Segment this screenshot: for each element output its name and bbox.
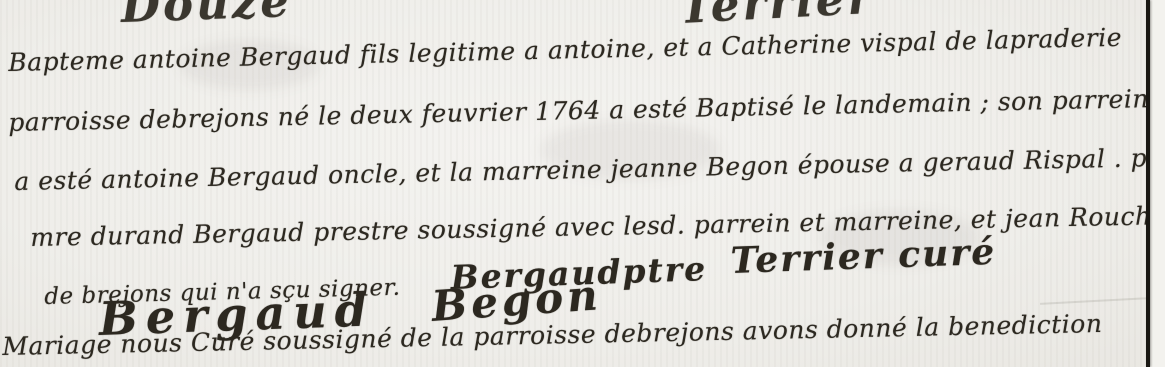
header-fragment-left: Douze	[120, 0, 293, 33]
pencil-mark	[1040, 297, 1150, 305]
signature-cure: Terrier curé	[730, 231, 997, 282]
page-outer-edge	[1150, 0, 1165, 367]
margin-rule-line	[1146, 0, 1150, 367]
manuscript-page: Douze Terrier Bapteme antoine Bergaud fi…	[0, 0, 1165, 367]
